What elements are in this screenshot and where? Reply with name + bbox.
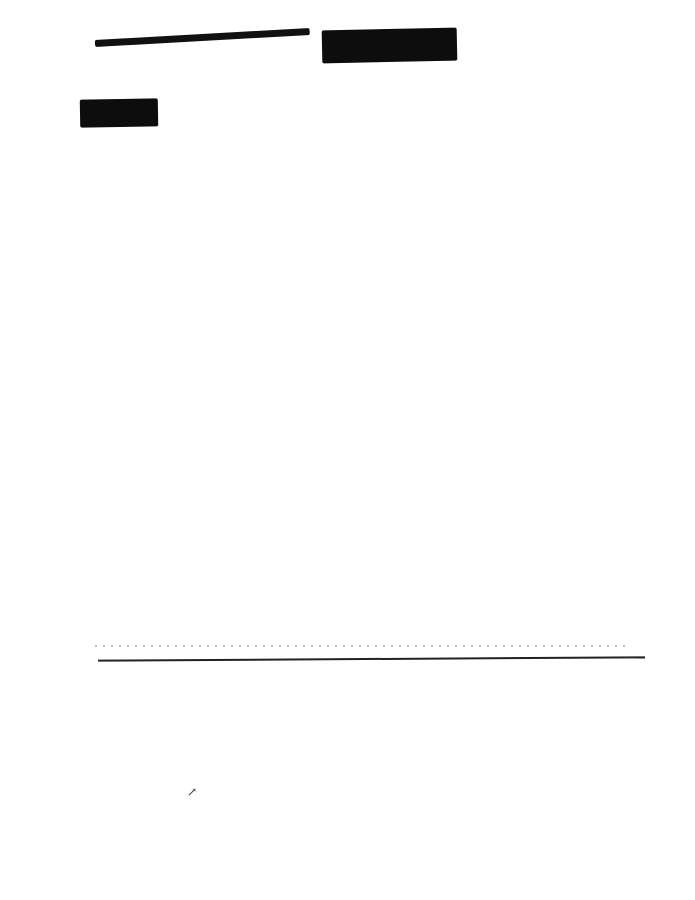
handwritten-arrow-icon: ↗ <box>187 785 197 799</box>
dotted-line <box>95 645 625 647</box>
strikethrough-mark <box>95 28 310 47</box>
redaction-block <box>322 28 458 64</box>
redaction-block <box>80 98 158 127</box>
horizontal-rule <box>98 656 645 661</box>
